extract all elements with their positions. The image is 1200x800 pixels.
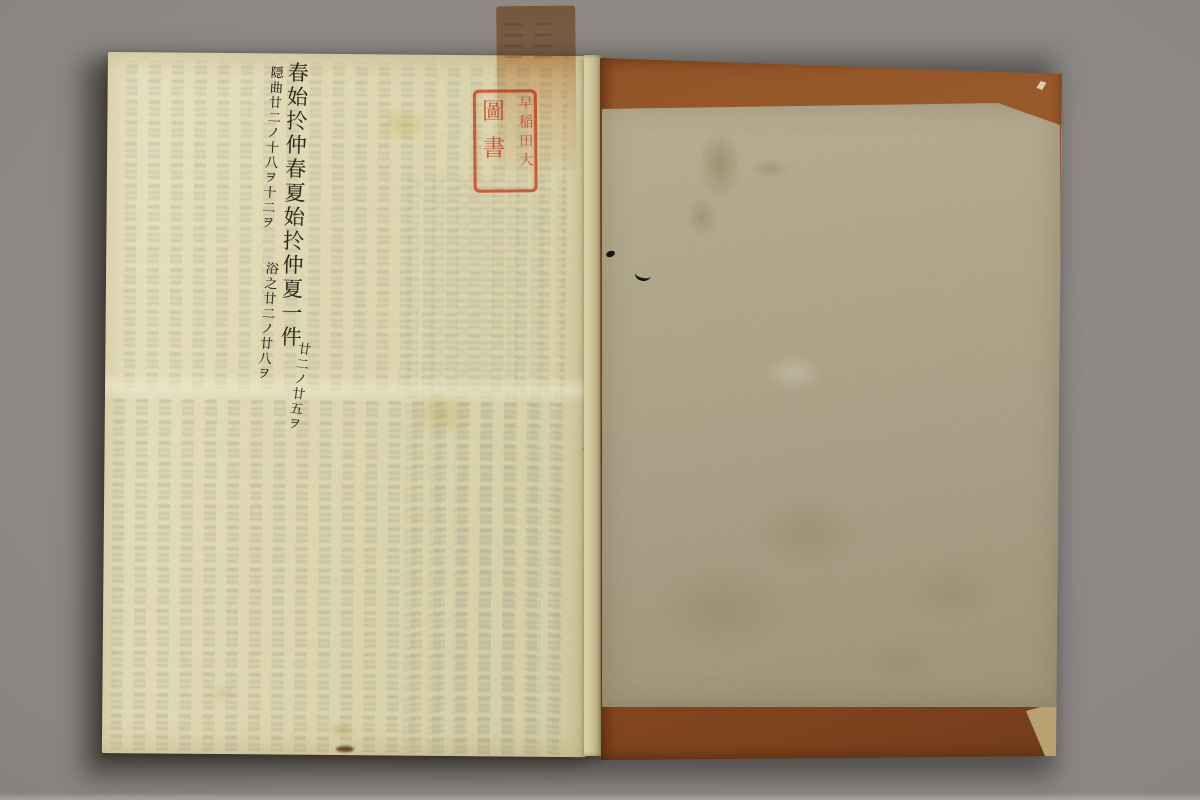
photograph-scene: 春始扵仲春夏始扵仲夏一件 廿二ノ廿五ヲ 隠曲廿二ノ十八ヲ十二ヲ 浴之廿二ノ廿八ヲ… (0, 0, 1200, 800)
background-bottom-light-strip (0, 793, 1200, 800)
pasted-endpaper (602, 103, 1060, 707)
translucent-paper-tag (496, 6, 577, 172)
bottom-edge-stain (336, 746, 354, 752)
back-cover (600, 55, 1064, 763)
endpaper-stains (602, 103, 1060, 707)
tag-faint-writing (504, 14, 566, 59)
